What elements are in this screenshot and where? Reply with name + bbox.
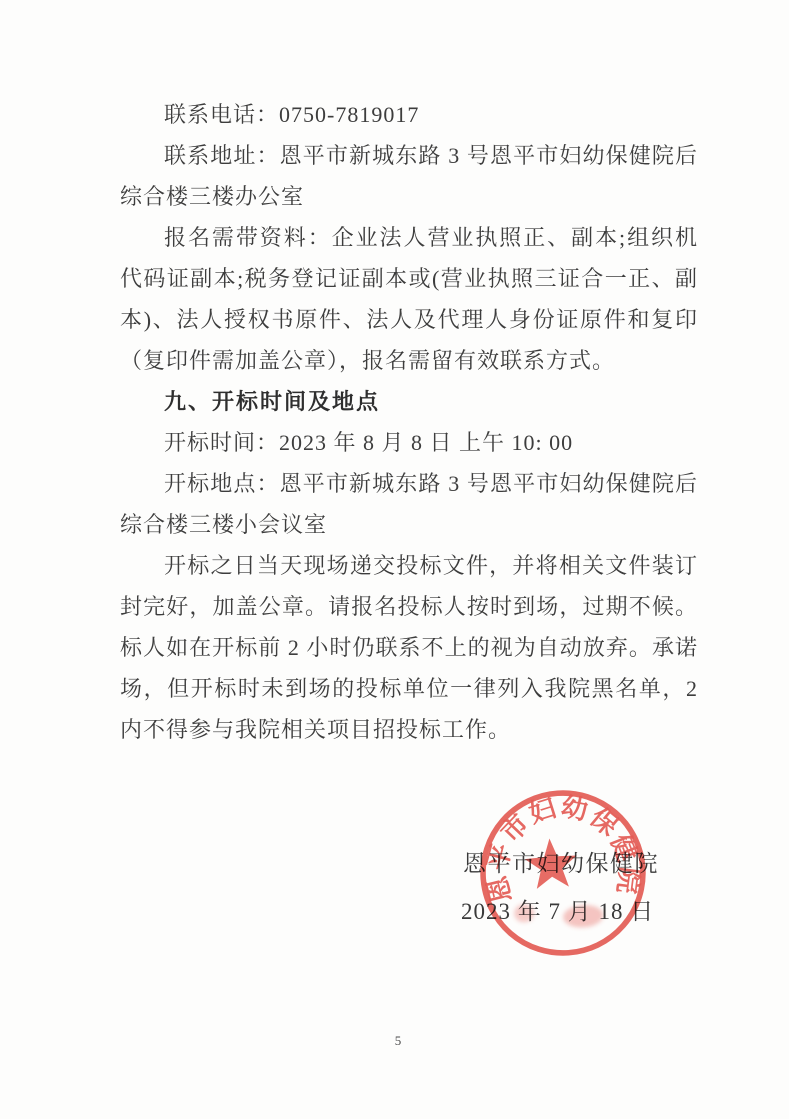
bid-opening-time-line: 开标时间：2023 年 8 月 8 日 上午 10: 00	[120, 422, 698, 463]
materials-line-1: 报名需带资料：企业法人营业执照正、副本;组织机构	[120, 217, 698, 258]
bid-notes-line-5: 内不得参与我院相关项目招投标工作。	[120, 709, 698, 750]
bid-notes-line-2: 封完好，加盖公章。请报名投标人按时到场，过期不候。投	[120, 586, 698, 627]
materials-line-2: 代码证副本;税务登记证副本或(营业执照三证合一正、副	[120, 258, 698, 299]
bid-opening-place-line-1: 开标地点：恩平市新城东路 3 号恩平市妇幼保健院后勤	[120, 463, 698, 504]
bid-opening-place-line-2: 综合楼三楼小会议室	[120, 504, 698, 545]
bid-notes-line-1: 开标之日当天现场递交投标文件，并将相关文件装订密	[120, 545, 698, 586]
page-number: 5	[368, 1033, 428, 1049]
document-body: 联系电话：0750-7819017 联系地址：恩平市新城东路 3 号恩平市妇幼保…	[120, 94, 698, 750]
signature-organization: 恩平市妇幼保健院	[463, 845, 659, 878]
materials-line-4: （复印件需加盖公章），报名需留有效联系方式。	[120, 340, 698, 381]
section-heading: 九、开标时间及地点	[120, 381, 698, 422]
signature-date: 2023 年 7 月 18 日	[461, 893, 654, 926]
bid-notes-line-3: 标人如在开标前 2 小时仍联系不上的视为自动放弃。承诺到	[120, 627, 698, 668]
materials-line-3: 本)、法人授权书原件、法人及代理人身份证原件和复印件	[120, 299, 698, 340]
bid-notes-line-4: 场，但开标时未到场的投标单位一律列入我院黑名单，2 年	[120, 668, 698, 709]
contact-phone-line: 联系电话：0750-7819017	[120, 94, 698, 135]
scanned-document-page: 联系电话：0750-7819017 联系地址：恩平市新城东路 3 号恩平市妇幼保…	[0, 0, 789, 1119]
contact-address-line-2: 综合楼三楼办公室	[120, 176, 698, 217]
contact-address-line-1: 联系地址：恩平市新城东路 3 号恩平市妇幼保健院后勤	[120, 135, 698, 176]
